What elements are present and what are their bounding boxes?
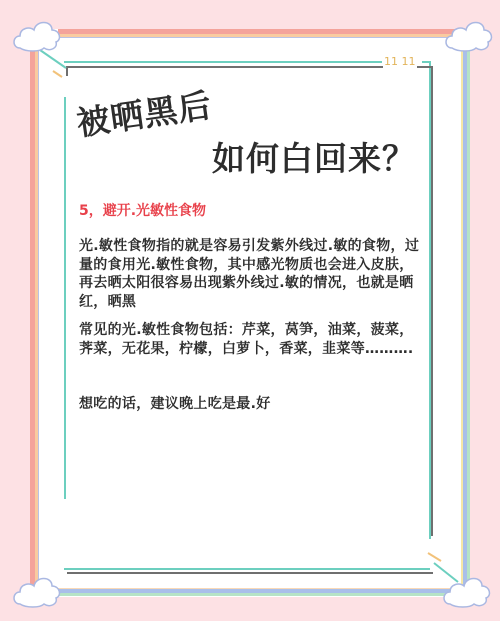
cloud-icon [10, 570, 64, 610]
cloud-icon [442, 14, 496, 54]
title-line-2: 如何白回来？ [212, 133, 416, 180]
section-heading: 5，避开.光敏性食物 [79, 200, 206, 220]
paragraph: 想吃的话，建议晚上吃是最.好 [79, 395, 424, 414]
cloud-icon [440, 570, 494, 610]
paragraph: 常见的光.敏性食物包括：芹菜，莴笋，油菜，菠菜，荠菜，无花果，柠檬，白萝卜，香菜… [79, 321, 424, 358]
paragraph: 光.敏性食物指的就是容易引发紫外线过.敏的食物，过量的食用光.敏性食物，其中感光… [79, 237, 424, 311]
cloud-icon [10, 14, 64, 54]
